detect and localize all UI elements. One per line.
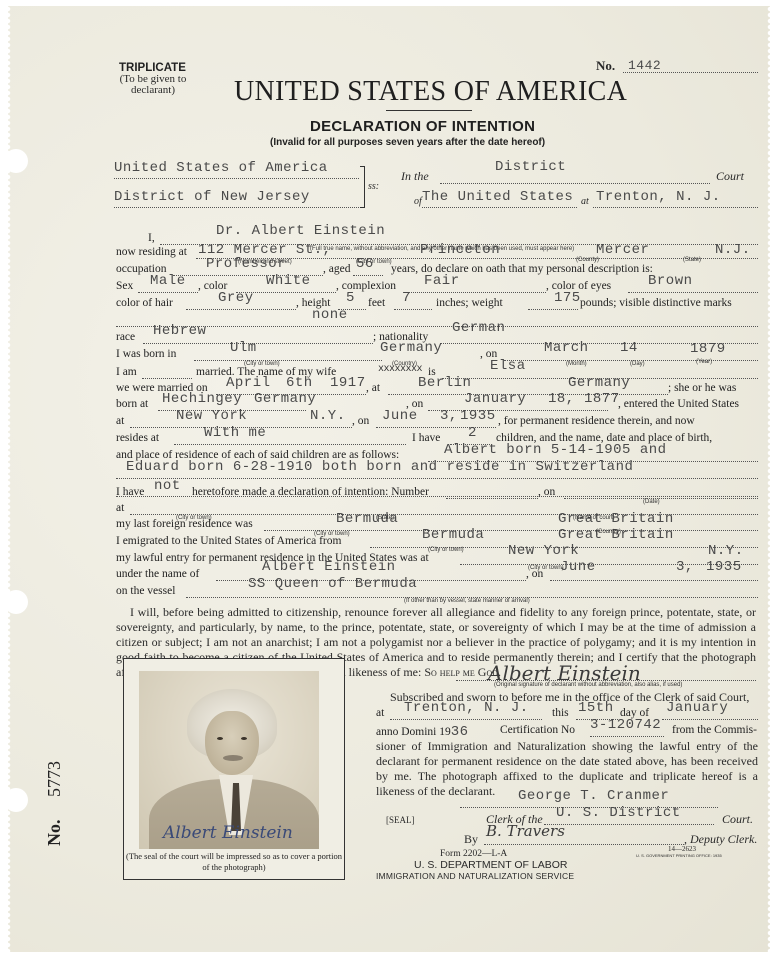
last-residence-country: Great Britain [558,511,674,527]
complexion-label: , complexion [336,280,396,292]
hint: (Date) [643,499,660,505]
punch-hole [4,149,28,173]
age: 56 [356,256,374,272]
deputy-signature: B. Travers [486,822,565,840]
photo-eye [217,737,223,740]
hint: (Year) [696,359,712,365]
heretofore-label: heretofore made a declaration of intenti… [192,486,429,498]
pounds-label: pounds; visible distinctive marks [580,297,732,309]
attest-place: Trenton, N. J. [404,700,529,716]
bracket [360,166,365,208]
side-number-prefix: No. [44,820,64,847]
line [662,719,758,720]
vessel: SS Queen of Bermuda [248,576,417,592]
she-label: ; she or he was [668,382,736,394]
by-label: By [464,832,478,847]
line [388,394,668,395]
line [114,207,359,208]
i-am-label: I am [116,366,137,378]
service: IMMIGRATION AND NATURALIZATION SERVICE [376,871,574,881]
line [186,309,296,310]
line [544,824,714,825]
number-label: No. [596,58,615,74]
distinctive-marks: none [312,307,348,323]
on-label: , on [526,568,543,580]
venue-district: District of New Jersey [114,189,310,205]
marriage-country: Germany [568,375,630,391]
line [394,309,432,310]
spouse-birth-city: Hechingey [162,391,242,407]
photo-eye [241,737,247,740]
cert-number: 3-120742 [590,717,661,733]
prior-not: not [154,478,181,494]
marriage-city: Berlin [418,375,471,391]
printing-office: U. S. GOVERNMENT PRINTING OFFICE: 1935 [636,853,722,858]
side-number: No. 5773 [44,761,65,846]
marriage-year: 1917 [330,375,366,391]
i-label: I, [148,232,155,244]
line [593,207,758,208]
eyes: Brown [648,273,693,289]
line [174,444,406,445]
weight: 175 [554,290,581,306]
of-label: of [414,196,422,207]
line [116,478,758,479]
photo-caption: (The seal of the court will be impressed… [124,851,344,873]
entered-label: , entered the United States [618,398,739,410]
birth-country: Germany [380,340,442,356]
arrival-day: 3, [676,559,694,575]
cert-label: Certification No [500,724,575,736]
hint: (If other than by vessel, state manner o… [404,598,530,604]
birth-day: 14 [620,340,638,356]
line [376,427,496,428]
race: Hebrew [153,323,206,339]
this-label: this [552,707,569,719]
resides-at: With me [204,425,266,441]
line [406,292,546,293]
under-name-label: under the name of [116,568,199,580]
aged-label: , aged [323,263,350,275]
perforated-edge-right [766,6,770,952]
line [484,844,684,845]
on-label: , on [538,486,555,498]
inches-label: inches; weight [436,297,503,309]
sex-label: Sex [116,280,133,292]
spouse-birth-year: 1877 [584,391,620,407]
attest-month: January [666,700,728,716]
copy-note: (To be given to declarant) [113,74,193,96]
clerk-court: U. S. District [556,805,681,821]
line [116,326,758,327]
state: N.J. [715,242,751,258]
have-label: I have [412,432,440,444]
height-feet: 5 [346,290,355,306]
entry-city: New York [176,408,247,424]
at-label: at [116,415,124,427]
feet-label: feet [368,297,385,309]
line [446,498,538,499]
number-value: 1442 [628,58,661,73]
line [564,498,758,499]
line [353,275,383,276]
marriage-month: April [226,375,271,391]
height-inches: 7 [402,290,411,306]
hair-label: color of hair [116,297,173,309]
venue-country: United States of America [114,160,328,176]
race-label: race [116,331,135,343]
hint: (State) [683,257,701,263]
on-label: , on [352,415,369,427]
side-number-value: 5773 [44,761,64,797]
court-of: The United States [422,189,573,205]
court-label: Court [716,169,744,184]
arrival-year: 1935 [706,559,742,575]
line [550,580,758,581]
marriage-day: 6th [286,375,313,391]
children-count: 2 [468,425,477,441]
form-number: Form 2202—L-A [440,849,507,859]
line [390,719,542,720]
permanent-label: , for permanent residence therein, and n… [498,415,695,427]
anno-label: anno Domini 19 [376,726,451,738]
resides-label: resides at [116,432,159,444]
page-title: UNITED STATES OF AMERICA [234,76,627,108]
cert-from: from the Commis- [672,724,757,736]
photo-face [205,711,259,775]
emigrated-label: I emigrated to the United States of Amer… [116,535,341,547]
line [440,183,710,184]
sex: Male [150,273,186,289]
attest-year-suffix: 36 [451,724,469,740]
line [138,292,198,293]
entry-month: June [382,408,418,424]
at-label: at [116,502,124,514]
city: Princeton [420,242,500,258]
spouse-birth-month: January [464,391,526,407]
children-line-2: Eduard born 6-28-1910 both born and resi… [126,459,633,475]
department: U. S. DEPARTMENT OF LABOR [414,859,567,871]
punch-hole [4,788,28,812]
complexion: Fair [424,273,460,289]
birth-label: I was born in [116,348,176,360]
hint: (Day) [630,361,645,367]
children-line-1: Albert born 5-14-1905 and [444,442,667,458]
entry-state: N.Y. [310,408,346,424]
last-residence-label: my last foreign residence was [116,518,253,530]
declarant-name: Dr. Albert Einstein [216,223,385,239]
vessel-label: on the vessel [116,585,175,597]
last-residence-city: Bermuda [336,511,398,527]
line [142,378,192,379]
photo-mustache [223,755,243,761]
validity-note: (Invalid for all purposes seven years af… [270,137,545,148]
line [143,343,373,344]
residing-label: now residing at [116,246,187,258]
at-label: at [581,196,589,207]
hint: (City or town) [314,531,350,537]
attest-day: 15th [578,700,614,716]
have-label: I have [116,486,144,498]
birth-year: 1879 [690,341,726,357]
line [590,736,664,737]
anno-line: anno Domini 1936 [376,724,469,740]
line [628,292,758,293]
ss-label: ss: [368,181,379,192]
photo-frame: Albert Einstein (The seal of the court w… [123,658,345,880]
at-label: , at [366,382,380,394]
under-name: Albert Einstein [262,559,396,575]
struck-text: xxxxxxxx [378,364,422,375]
declaration-document: TRIPLICATE (To be given to declarant) No… [8,6,770,952]
lawful-entry-city: New York [508,543,579,559]
punch-hole [4,590,28,614]
in-the-label: In the [401,169,429,184]
declarant-photo: Albert Einstein [139,671,319,849]
birth-month: March [544,340,589,356]
seal-label: [SEAL] [386,815,415,825]
hint: (City or town) [428,547,464,553]
arrival-month: June [560,559,596,575]
birth-city: Ulm [230,340,257,356]
spouse-birth-day: 18, [548,391,575,407]
spouse-birth-country: Germany [254,391,316,407]
nationality: German [452,320,505,336]
court-label: Court. [722,812,753,827]
hair: Grey [218,290,254,306]
line [194,360,382,361]
spouse-name: Elsa [490,358,526,374]
lawful-entry-state: N.Y. [708,543,744,559]
clerk-name: George T. Cranmer [518,788,669,804]
occupation: Professor [206,256,286,272]
line [114,178,359,179]
hint: (Month) [566,361,587,367]
line [422,207,577,208]
line [456,680,756,681]
photo-signature: Albert Einstein [163,823,293,843]
court-type: District [495,159,566,175]
print-code: 14—2623 [668,845,696,853]
title-rule [386,110,472,111]
hint: (Country) [596,529,621,535]
emigrated-city: Bermuda [422,527,484,543]
born-at-label: born at [116,398,148,410]
form-subtitle: DECLARATION OF INTENTION [310,118,535,135]
signature-hint: (Original signature of declarant without… [494,682,682,688]
county: Mercer [596,242,649,258]
color: White [266,273,311,289]
line [528,309,578,310]
entry-year: 1935 [460,408,496,424]
at-label: at [376,707,384,719]
court-location: Trenton, N. J. [596,189,721,205]
entry-day: 3, [440,408,458,424]
